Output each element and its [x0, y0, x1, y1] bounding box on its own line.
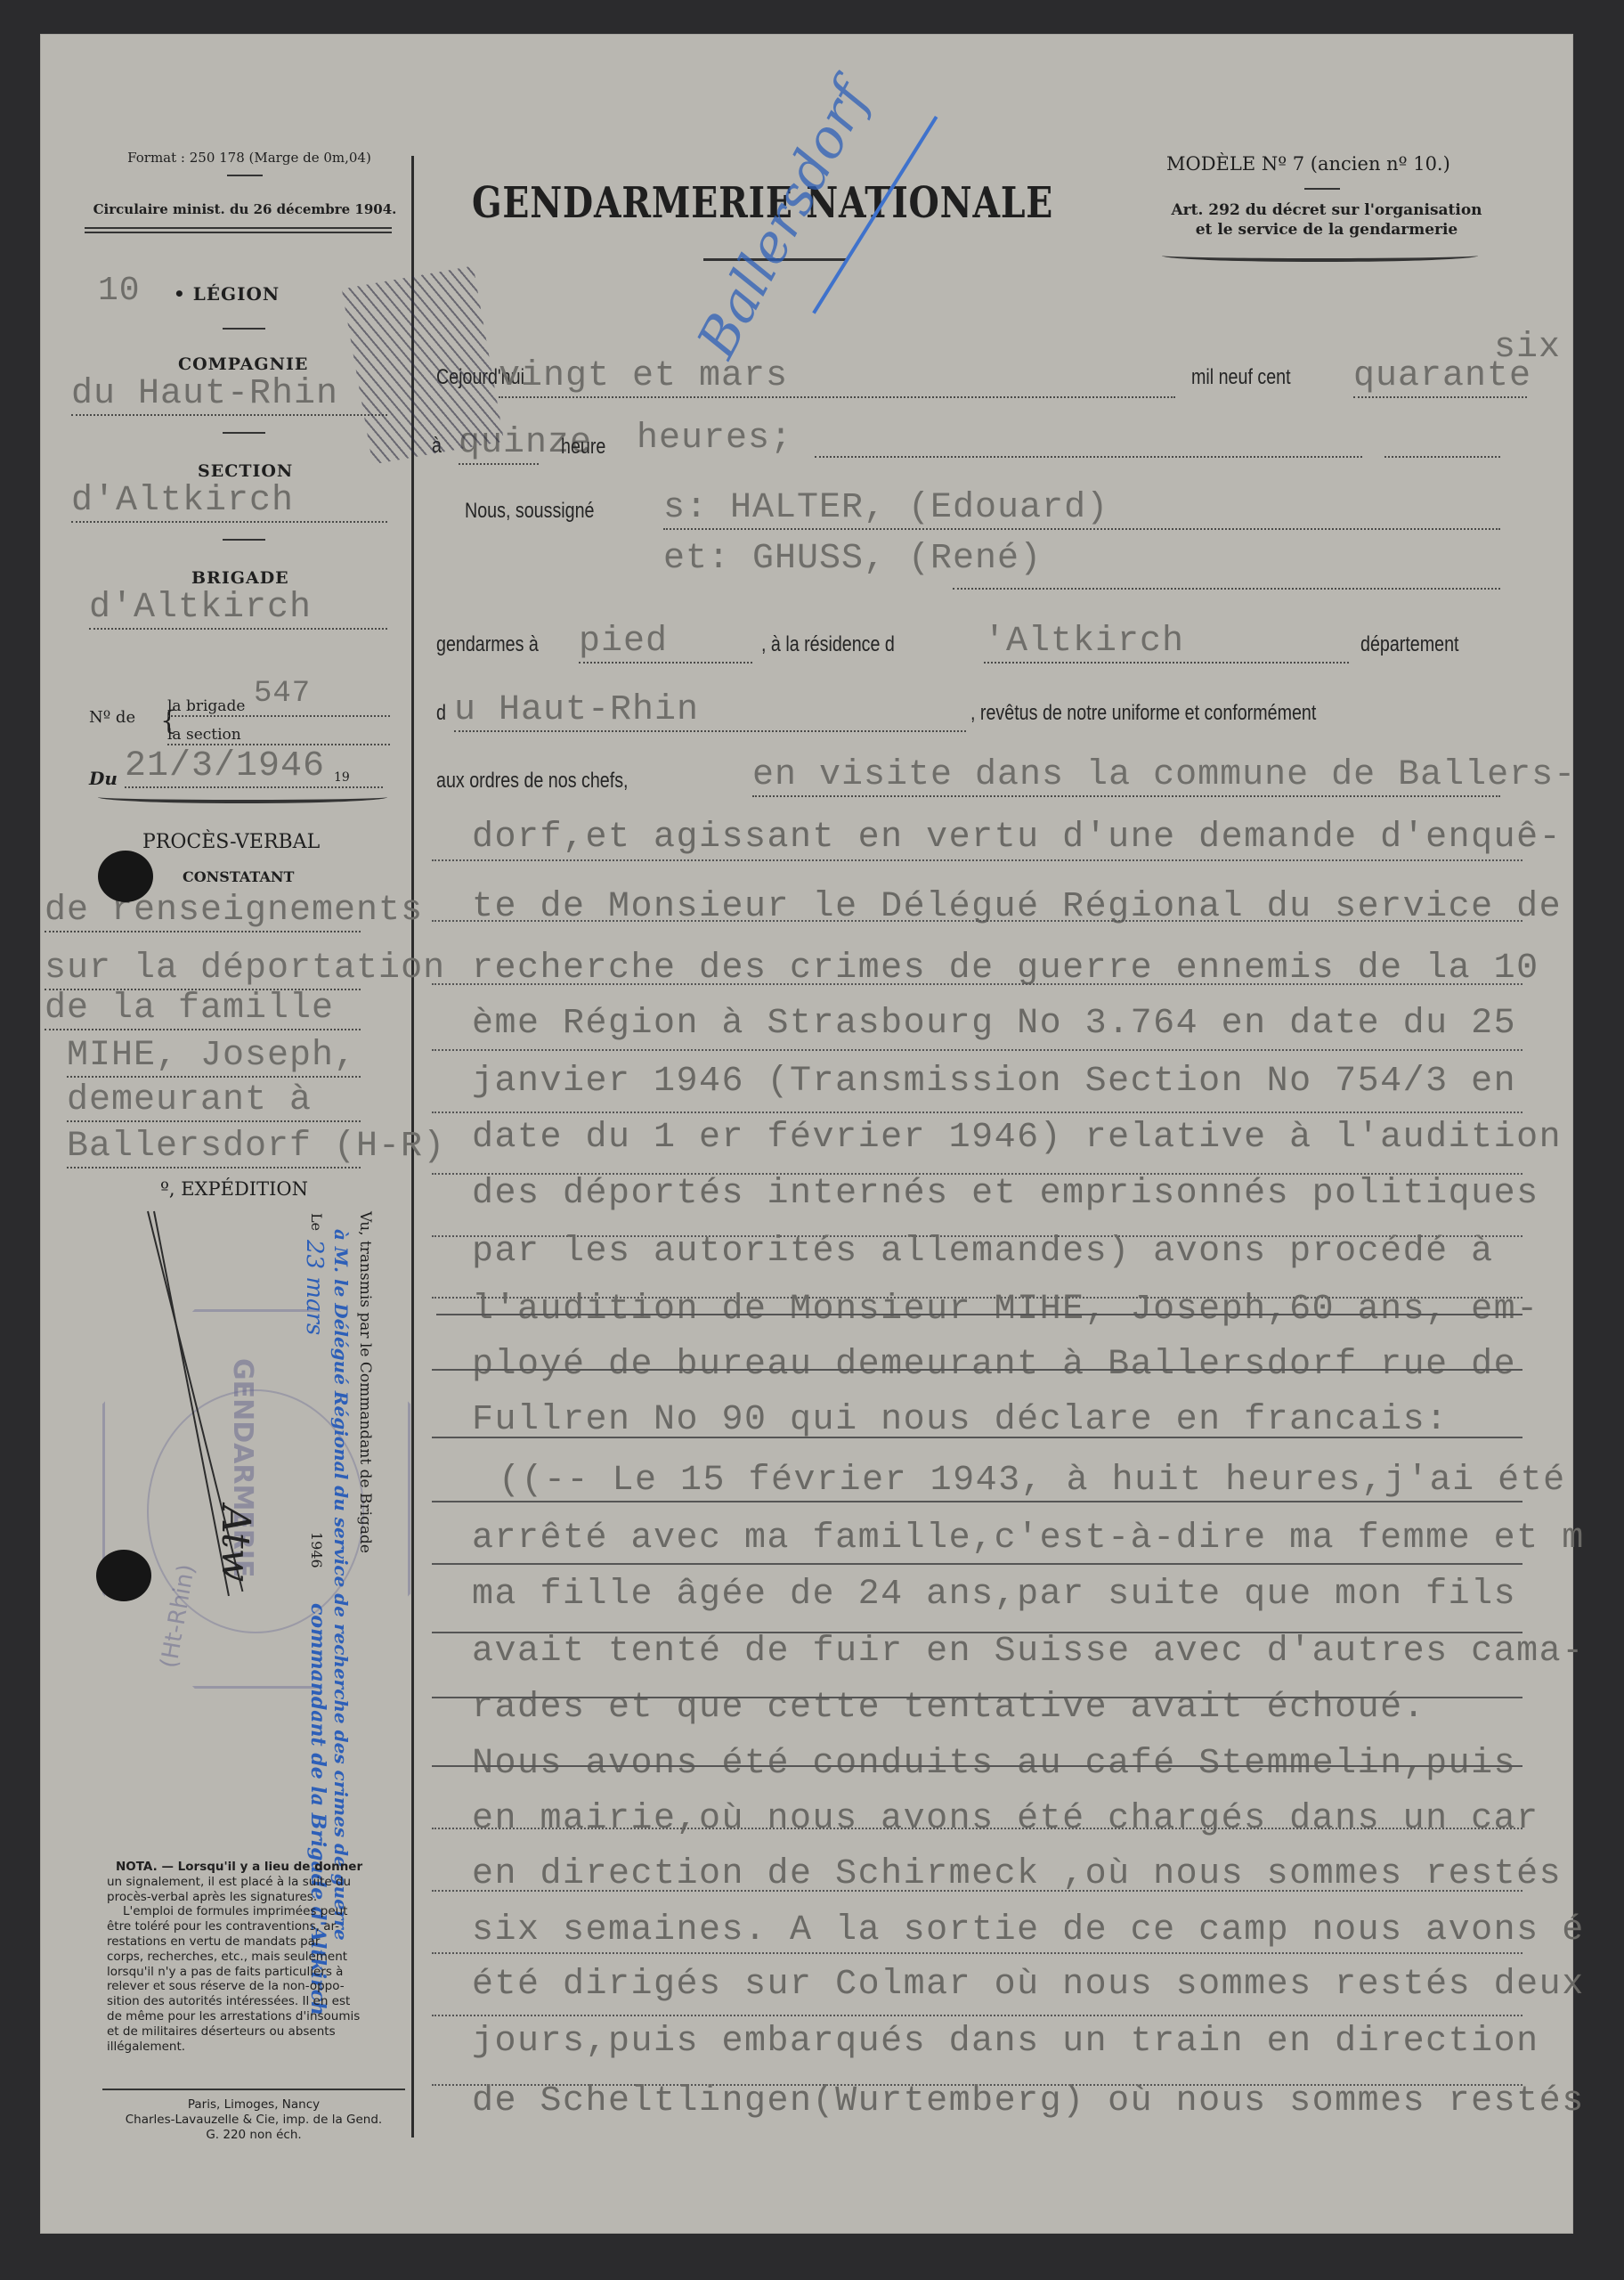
nous-value-1: s: HALTER, (Edouard): [663, 488, 1500, 530]
body-line: l'audition de Monsieur MIHE, Joseph,60 a…: [472, 1290, 1539, 1330]
punch-hole: [96, 1550, 151, 1601]
body-line: de Scheltlingen(Wurtemberg) où nous somm…: [472, 2081, 1585, 2121]
brigade-label: BRIGADE: [191, 568, 289, 588]
numero-section-label: la section: [167, 726, 390, 745]
body-line: des déportés internés et emprisonnés pol…: [472, 1174, 1539, 1214]
printer-line: Charles-Lavauzelle & Cie, imp. de la Gen…: [98, 2113, 410, 2128]
body-line: été dirigés sur Colmar où nous sommes re…: [472, 1965, 1585, 2005]
blank-line: [1384, 456, 1500, 458]
strikethrough-line: [432, 1765, 1522, 1767]
nota-line: un signalement, il est placé à la suite …: [107, 1875, 410, 1890]
gendarme-value: pied: [579, 622, 752, 664]
transmission-date: 23 mars: [301, 1240, 328, 1335]
nota-line: corps, recherches, etc., mais seulement: [107, 1950, 410, 1965]
numero-prefix: Nº de: [89, 708, 135, 727]
mil-label: mil neuf cent: [1191, 365, 1291, 390]
body-line: par les autorités allemandes) avons proc…: [472, 1232, 1494, 1272]
ordres-label: aux ordres de nos chefs,: [436, 769, 629, 794]
divider: [227, 175, 263, 176]
transmission-line-1: Vu, transmis par le Commandant de Brigad…: [356, 1211, 374, 1553]
body-line: en direction de Schirmeck ,où nous somme…: [472, 1854, 1562, 1894]
numero-brigade-value: 547: [254, 677, 311, 711]
body-line: Fullren No 90 qui nous déclare en franca…: [472, 1400, 1449, 1440]
nota-line: restations en vertu de mandats par: [107, 1934, 410, 1950]
format-line: Format : 250 178 (Marge de 0m,04): [98, 150, 401, 166]
strikethrough-line: [432, 1697, 1522, 1698]
circular-line: Circulaire minist. du 26 décembre 1904.: [85, 201, 405, 217]
body-line: janvier 1946 (Transmission Section No 75…: [472, 1062, 1516, 1102]
residence-value: 'Altkirch: [984, 622, 1349, 664]
rule: [432, 1049, 1522, 1051]
model-line: MODÈLE Nº 7 (ancien nº 10.): [1166, 153, 1450, 175]
printer-line: G. 220 non éch.: [98, 2128, 410, 2143]
officer-signature: Atw: [213, 1505, 258, 1582]
nota-line: lorsqu'il n'y a pas de faits particulier…: [107, 1965, 410, 1980]
strikethrough-line: [436, 1314, 1522, 1315]
cejourdhui-value: vingt et mars: [499, 356, 1175, 398]
revetus-label: , revêtus de notre uniforme et conformém…: [970, 701, 1316, 726]
nota-line: et de militaires déserteurs ou absents: [107, 2024, 410, 2040]
body-line: six semaines. A la sortie de ce camp nou…: [472, 1910, 1585, 1950]
pv-subject-line: Ballersdorf (H-R): [67, 1127, 361, 1168]
double-rule: [85, 227, 392, 233]
printer-line: Paris, Limoges, Nancy: [98, 2097, 410, 2113]
rule: [432, 859, 1522, 861]
rule: [432, 1828, 1522, 1829]
du-label: d: [436, 701, 446, 726]
divider: [102, 2089, 405, 2090]
article-line-1: Art. 292 du décret sur l'organisation: [1149, 201, 1505, 219]
body-line: Nous avons été conduits au café Stemmeli…: [472, 1744, 1516, 1784]
pv-subtitle: CONSTATANT: [183, 868, 294, 885]
du-value: u Haut-Rhin: [454, 690, 966, 732]
body-line: avait tenté de fuir en Suisse avec d'aut…: [472, 1632, 1585, 1672]
transmission-line-3-prefix: Le: [308, 1213, 325, 1231]
body-line: ème Région à Strasbourg No 3.764 en date…: [472, 1004, 1516, 1044]
nota-line: sition des autorités intéressées. Il en …: [107, 1994, 410, 2009]
nota-line: NOTA. — Lorsqu'il y a lieu de donner: [107, 1860, 410, 1875]
pv-subject-line: demeurant à: [67, 1080, 361, 1122]
rule: [432, 1563, 1522, 1565]
gendarme-label: gendarmes à: [436, 632, 539, 657]
compagnie-label: COMPAGNIE: [178, 354, 308, 374]
body-line: ((-- Le 15 février 1943, à huit heures,j…: [499, 1461, 1566, 1501]
transmission-year: 1946: [308, 1532, 325, 1568]
compagnie-value: du Haut-Rhin: [71, 374, 387, 416]
nous-value-2: et: GHUSS, (René): [663, 539, 1042, 579]
heure-value-2: heures;: [637, 419, 792, 459]
article-line-2: et le service de la gendarmerie: [1149, 221, 1505, 239]
nota-block: NOTA. — Lorsqu'il y a lieu de donner un …: [107, 1860, 410, 2054]
divider: [223, 432, 265, 434]
section-label: SECTION: [198, 461, 293, 481]
rule: [432, 1890, 1522, 1892]
nota-line: L'emploi de formules imprimées peut: [107, 1904, 410, 1919]
body-line: en mairie,où nous avons été chargés dans…: [472, 1799, 1539, 1839]
brigade-value: d'Altkirch: [89, 588, 387, 630]
rule: [432, 1437, 1522, 1438]
blank-line: [815, 456, 1362, 458]
rule: [432, 983, 1522, 985]
heure-label: heure: [561, 435, 605, 460]
body-line: jours,puis embarqués dans un train en di…: [472, 2022, 1539, 2062]
residence-label: , à la résidence d: [761, 632, 895, 657]
rule: [432, 1111, 1522, 1113]
nota-line: procès-verbal après les signatures.: [107, 1890, 410, 1905]
rule: [432, 1501, 1522, 1502]
printer-imprint: Paris, Limoges, Nancy Charles-Lavauzelle…: [98, 2097, 410, 2143]
date-prefix: Du: [89, 768, 118, 789]
body-line: arrêté avec ma famille,c'est-à-dire ma f…: [472, 1519, 1585, 1559]
rule: [432, 920, 1522, 922]
decorative-brace: [98, 791, 387, 803]
divider: [223, 328, 265, 330]
blank-line: [953, 588, 1500, 590]
body-line: ma fille âgée de 24 ans,par suite que mo…: [472, 1575, 1516, 1615]
transmission-line-2: à M. le Délégué Régional du service de r…: [330, 1229, 352, 1941]
nous-label: Nous, soussigné: [465, 499, 594, 524]
mil-value: quarante: [1353, 356, 1527, 398]
strikethrough-line: [432, 1369, 1522, 1371]
divider: [1304, 188, 1340, 190]
body-line: ployé de bureau demeurant à Ballersdorf …: [472, 1345, 1516, 1385]
pv-subject-line: sur la déportation: [45, 949, 361, 990]
divider: [223, 539, 265, 541]
ordres-value: en visite dans la commune de Ballers-: [752, 755, 1500, 797]
punch-hole: [98, 851, 153, 902]
nota-line: de même pour les arrestations d'insoumis: [107, 2009, 410, 2024]
legion-number: 10: [98, 272, 141, 310]
nota-line: illégalement.: [107, 2040, 410, 2055]
nota-line: être toléré pour les contraventions, ar-: [107, 1919, 410, 1934]
body-line: date du 1 er février 1946) relative à l'…: [472, 1118, 1562, 1158]
pv-subject-line: de renseignements: [45, 891, 361, 932]
section-value: d'Altkirch: [71, 481, 387, 523]
legion-label: • LÉGION: [174, 283, 280, 305]
rule: [432, 2015, 1522, 2016]
decorative-brace: [1162, 249, 1478, 262]
departement-label: département: [1360, 632, 1459, 657]
pv-subject-line: de la famille: [45, 989, 361, 1030]
date-suffix: 19: [334, 770, 350, 785]
expedition-label: º, EXPÉDITION: [160, 1178, 308, 1200]
body-line: rades et que cette tentative avait échou…: [472, 1688, 1425, 1728]
rule: [432, 1952, 1522, 1954]
body-line: dorf,et agissant en vertu d'une demande …: [472, 818, 1562, 858]
nota-line: relever et sous réserve de la non-oppo-: [107, 1979, 410, 1994]
pv-subject-line: MIHE, Joseph,: [67, 1036, 361, 1078]
pv-title: PROCÈS-VERBAL: [142, 831, 320, 853]
